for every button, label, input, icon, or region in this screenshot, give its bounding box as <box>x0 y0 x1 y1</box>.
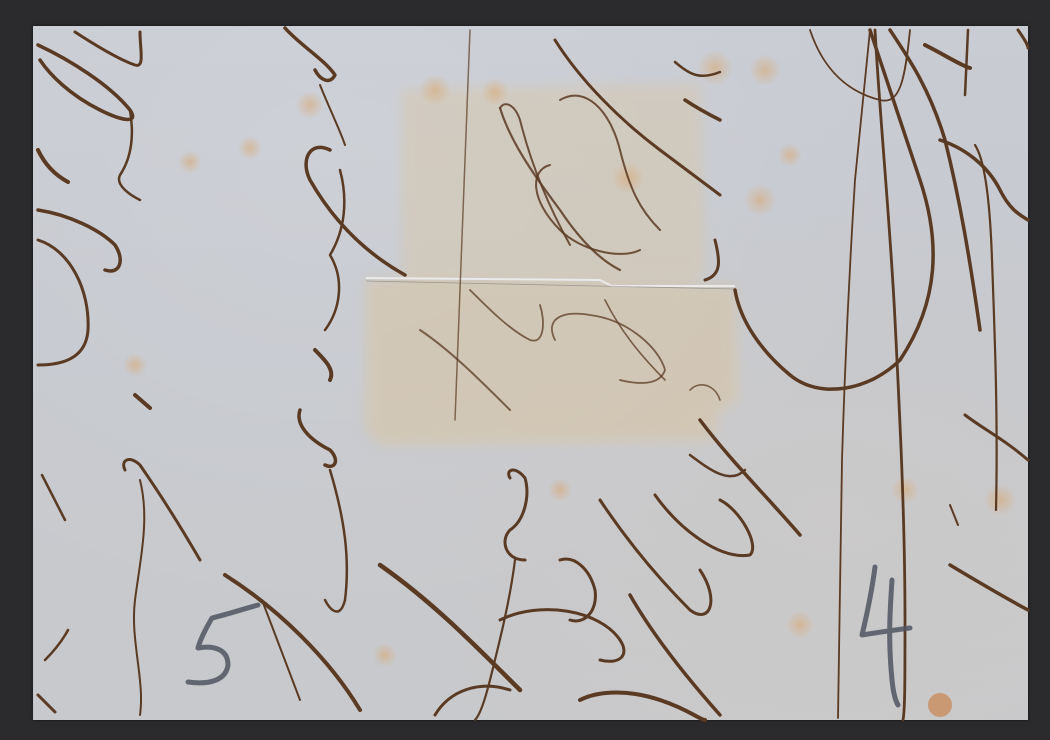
document-drawing <box>0 0 1050 740</box>
stamp-remnant <box>366 84 738 445</box>
photo-scene <box>0 0 1050 740</box>
pencil-number-4 <box>862 567 910 705</box>
pencil-number-5 <box>188 605 258 683</box>
